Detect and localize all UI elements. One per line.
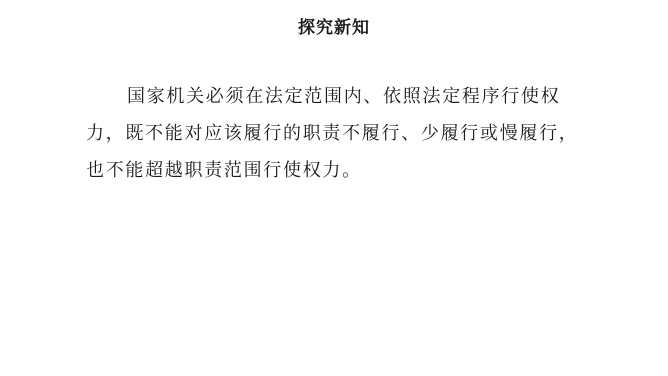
- paragraph-line-1: 国家机关必须在法定范围内、依照法定程序行使权: [86, 78, 626, 115]
- paragraph-line-2: 力，既不能对应该履行的职责不履行、少履行或慢履行，: [86, 115, 626, 152]
- section-title: 探究新知: [0, 16, 668, 40]
- paragraph-line-3: 也不能超越职责范围行使权力。: [86, 152, 626, 189]
- body-paragraph: 国家机关必须在法定范围内、依照法定程序行使权 力，既不能对应该履行的职责不履行、…: [86, 78, 626, 189]
